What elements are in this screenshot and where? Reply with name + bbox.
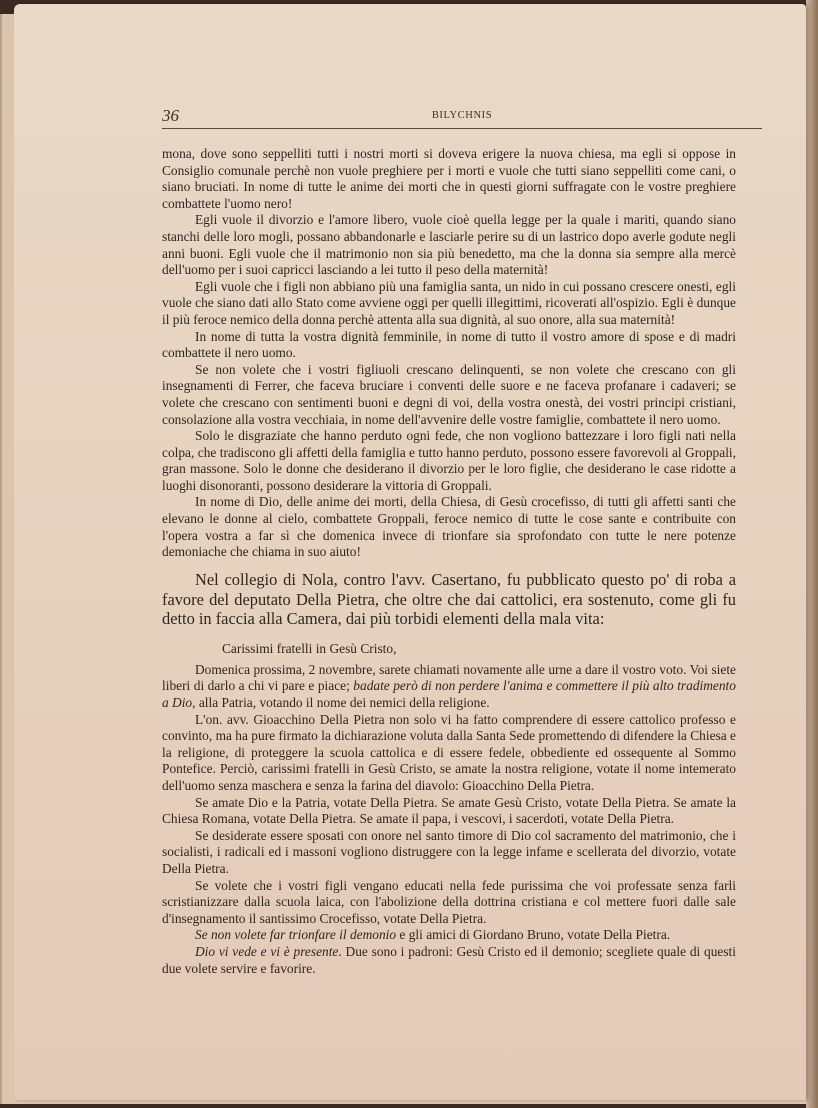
salutation: Carissimi fratelli in Gesù Cristo, [162, 641, 736, 658]
paragraph: Egli vuole che i figli non abbiano più u… [162, 279, 736, 329]
page-header: 36 BILYCHNIS [162, 106, 762, 129]
quoted-paragraph: Domenica prossima, 2 novembre, sarete ch… [162, 662, 736, 712]
paragraph: Se non volete che i vostri figliuoli cre… [162, 362, 736, 428]
italic-text: Dio vi vede e vi è presente [195, 944, 338, 959]
quoted-paragraph: Dio vi vede e vi è presente. Due sono i … [162, 944, 736, 977]
quoted-paragraph: Se amate Dio e la Patria, votate Della P… [162, 795, 736, 828]
text-run: e gli amici di Giordano Bruno, votate De… [396, 927, 670, 942]
body-text: mona, dove sono seppelliti tutti i nostr… [162, 146, 736, 977]
italic-text: Se non volete far trionfare il demonio [195, 927, 396, 942]
running-title: BILYCHNIS [162, 110, 762, 121]
book-edge [806, 0, 818, 1108]
paragraph: Egli vuole il divorzio e l'amore libero,… [162, 212, 736, 278]
paragraph: Solo le disgraziate che hanno perduto og… [162, 428, 736, 494]
paragraph: In nome di tutta la vostra dignità femmi… [162, 329, 736, 362]
quoted-paragraph: Se volete che i vostri figli vengano edu… [162, 878, 736, 928]
text-run: , alla Patria, votando il nome dei nemic… [192, 695, 489, 710]
intro-paragraph: Nel collegio di Nola, contro l'avv. Case… [162, 570, 736, 629]
paragraph: mona, dove sono seppelliti tutti i nostr… [162, 146, 736, 212]
quoted-paragraph: Se desiderate essere sposati con onore n… [162, 828, 736, 878]
quoted-paragraph: L'on. avv. Gioacchino Della Pietra non s… [162, 712, 736, 795]
paragraph: In nome di Dio, delle anime dei morti, d… [162, 494, 736, 560]
quoted-paragraph: Se non volete far trionfare il demonio e… [162, 927, 736, 944]
